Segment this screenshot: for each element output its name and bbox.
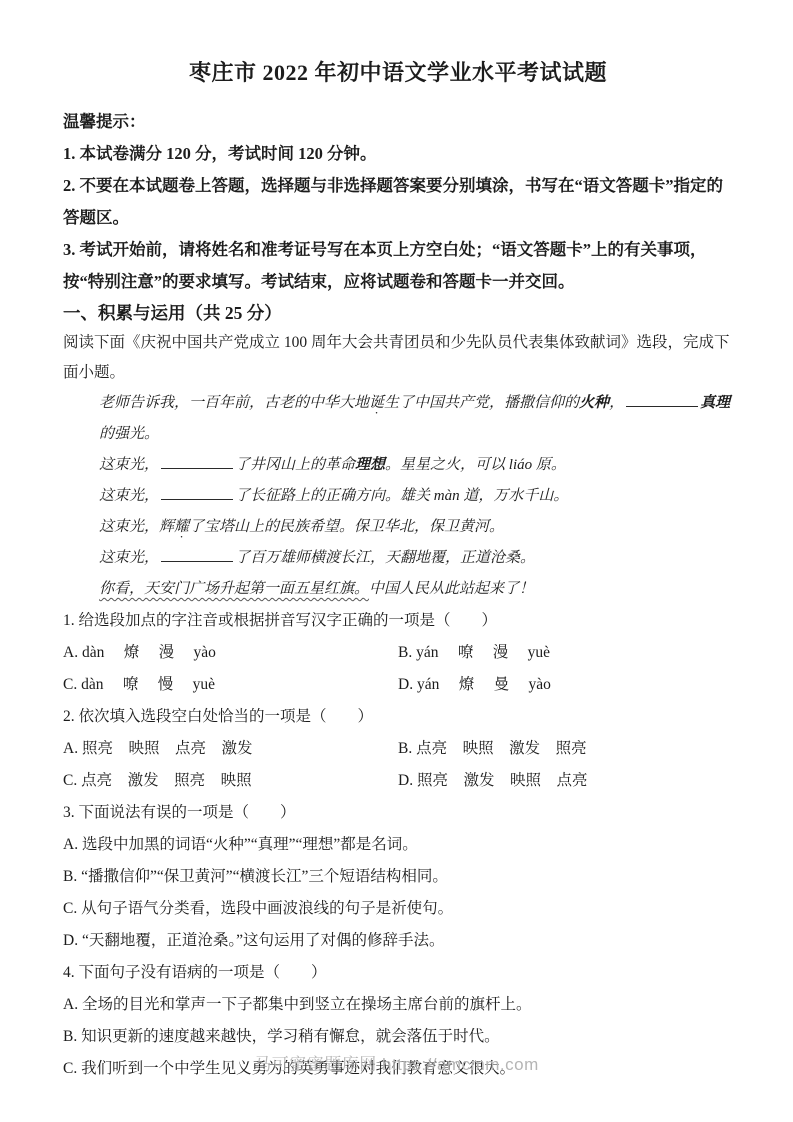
passage-text: 了宝塔山上的民族希望。保卫华北，保卫黄河。 bbox=[189, 519, 504, 535]
passage-text: 这束光， bbox=[99, 550, 159, 566]
question-option: C. 点亮 激发 照亮 映照 bbox=[63, 765, 398, 797]
question-option: A. 照亮 映照 点亮 激发 bbox=[63, 733, 398, 765]
notice-item-2: 2. 不要在本试题卷上答题，选择题与非选择题答案要分别填涂，书写在“语文答题卡”… bbox=[63, 170, 733, 234]
question-option: B. 知识更新的速度越来越快，学习稍有懈怠，就会落伍于时代。 bbox=[63, 1021, 733, 1053]
options-group: A. 选段中加黑的词语“火种”“真理”“理想”都是名词。B. “播撒信仰”“保卫… bbox=[63, 829, 733, 957]
exam-paper-page: 枣庄市 2022 年初中语文学业水平考试试题 温馨提示： 1. 本试卷满分 12… bbox=[0, 0, 793, 1122]
passage-line: 这束光，了长征路上的正确方向。雄关 màn 道，万水千山。 bbox=[63, 481, 733, 512]
notice-item-1: 1. 本试卷满分 120 分，考试时间 120 分钟。 bbox=[63, 138, 733, 170]
passage-text: 中国人民从此站起来了！ bbox=[369, 581, 534, 597]
fill-in-blank-underline bbox=[161, 545, 233, 562]
question-option: D. 照亮 激发 映照 点亮 bbox=[398, 765, 733, 797]
question-option: C. dàn 嘹 慢 yuè bbox=[63, 669, 398, 701]
passage-text: ， bbox=[609, 395, 624, 411]
question-3: 3. 下面说法有误的一项是（ ）A. 选段中加黑的词语“火种”“真理”“理想”都… bbox=[63, 797, 733, 957]
passage-text: 这束光， bbox=[99, 488, 159, 504]
fill-in-blank-underline bbox=[161, 483, 233, 500]
notice-block: 温馨提示： 1. 本试卷满分 120 分，考试时间 120 分钟。 2. 不要在… bbox=[63, 106, 733, 298]
options-group: A. 照亮 映照 点亮 激发B. 点亮 映照 激发 照亮C. 点亮 激发 照亮 … bbox=[63, 733, 733, 797]
question-list: 1. 给选段加点的字注音或根据拼音写汉字正确的一项是（ ）A. dàn 燎 漫 … bbox=[63, 605, 733, 1085]
question-option: D. “天翻地覆，正道沧桑。”这句运用了对偶的修辞手法。 bbox=[63, 925, 733, 957]
fill-in-blank-underline bbox=[626, 390, 698, 407]
passage: 老师告诉我，一百年前，古老的中华大地诞生了中国共产党，播撒信仰的火种，真理的强光… bbox=[63, 388, 733, 605]
passage-line: 这束光，辉耀了宝塔山上的民族希望。保卫华北，保卫黄河。 bbox=[63, 512, 733, 543]
wavy-underlined-sentence: 你看，天安门广场升起第一面五星红旗。 bbox=[99, 581, 369, 597]
bold-word: 火种 bbox=[579, 395, 609, 411]
question-1: 1. 给选段加点的字注音或根据拼音写汉字正确的一项是（ ）A. dàn 燎 漫 … bbox=[63, 605, 733, 701]
passage-text: 了井冈山上的革命 bbox=[235, 457, 355, 473]
passage-text: 了长征路上的正确方向。雄关 màn 道，万水千山。 bbox=[235, 488, 568, 504]
bold-word: 真理 bbox=[700, 395, 730, 411]
passage-line: 老师告诉我，一百年前，古老的中华大地诞生了中国共产党，播撒信仰的火种，真理的强光… bbox=[63, 388, 733, 450]
dotted-character: 耀 bbox=[174, 512, 189, 543]
passage-text: 的强光。 bbox=[99, 426, 159, 442]
question-option: C. 从句子语气分类看，选段中画波浪线的句子是祈使句。 bbox=[63, 893, 733, 925]
notice-heading: 温馨提示： bbox=[63, 106, 733, 138]
passage-line: 这束光，了井冈山上的革命理想。星星之火，可以 liáo 原。 bbox=[63, 450, 733, 481]
passage-text: 这束光，辉 bbox=[99, 519, 174, 535]
question-2: 2. 依次填入选段空白处恰当的一项是（ ）A. 照亮 映照 点亮 激发B. 点亮… bbox=[63, 701, 733, 797]
passage-text: 这束光， bbox=[99, 457, 159, 473]
bold-word: 理想 bbox=[355, 457, 385, 473]
question-option: B. “播撒信仰”“保卫黄河”“横渡长江”三个短语结构相同。 bbox=[63, 861, 733, 893]
question-option: B. 点亮 映照 激发 照亮 bbox=[398, 733, 733, 765]
passage-intro: 阅读下面《庆祝中国共产党成立 100 周年大会共青团员和少先队员代表集体致献词》… bbox=[63, 328, 733, 388]
question-stem: 2. 依次填入选段空白处恰当的一项是（ ） bbox=[63, 701, 733, 733]
notice-item-3: 3. 考试开始前，请将姓名和准考证号写在本页上方空白处；“语文答题卡”上的有关事… bbox=[63, 234, 733, 298]
passage-line: 你看，天安门广场升起第一面五星红旗。中国人民从此站起来了！ bbox=[63, 574, 733, 605]
fill-in-blank-underline bbox=[161, 452, 233, 469]
question-option: A. 选段中加黑的词语“火种”“真理”“理想”都是名词。 bbox=[63, 829, 733, 861]
watermark: 马可蜜蜜题库网 https://amcmm.com bbox=[0, 1050, 793, 1075]
options-group: A. dàn 燎 漫 yàoB. yán 嘹 漫 yuèC. dàn 嘹 慢 y… bbox=[63, 637, 733, 701]
question-stem: 4. 下面句子没有语病的一项是（ ） bbox=[63, 957, 733, 989]
passage-line: 这束光，了百万雄师横渡长江，天翻地覆，正道沧桑。 bbox=[63, 543, 733, 574]
passage-text: 。星星之火，可以 liáo 原。 bbox=[385, 457, 566, 473]
question-stem: 3. 下面说法有误的一项是（ ） bbox=[63, 797, 733, 829]
question-option: A. 全场的目光和掌声一下子都集中到竖立在操场主席台前的旗杆上。 bbox=[63, 989, 733, 1021]
section-heading: 一、积累与运用（共 25 分） bbox=[63, 298, 733, 328]
page-title: 枣庄市 2022 年初中语文学业水平考试试题 bbox=[63, 58, 733, 88]
passage-text: 了百万雄师横渡长江，天翻地覆，正道沧桑。 bbox=[235, 550, 535, 566]
dotted-character: 诞 bbox=[369, 388, 384, 419]
question-option: D. yán 燎 曼 yào bbox=[398, 669, 733, 701]
passage-text: 生了中国共产党，播撒信仰的 bbox=[384, 395, 579, 411]
passage-text: 老师告诉我，一百年前，古老的中华大地 bbox=[99, 395, 369, 411]
question-option: B. yán 嘹 漫 yuè bbox=[398, 637, 733, 669]
question-option: A. dàn 燎 漫 yào bbox=[63, 637, 398, 669]
question-stem: 1. 给选段加点的字注音或根据拼音写汉字正确的一项是（ ） bbox=[63, 605, 733, 637]
